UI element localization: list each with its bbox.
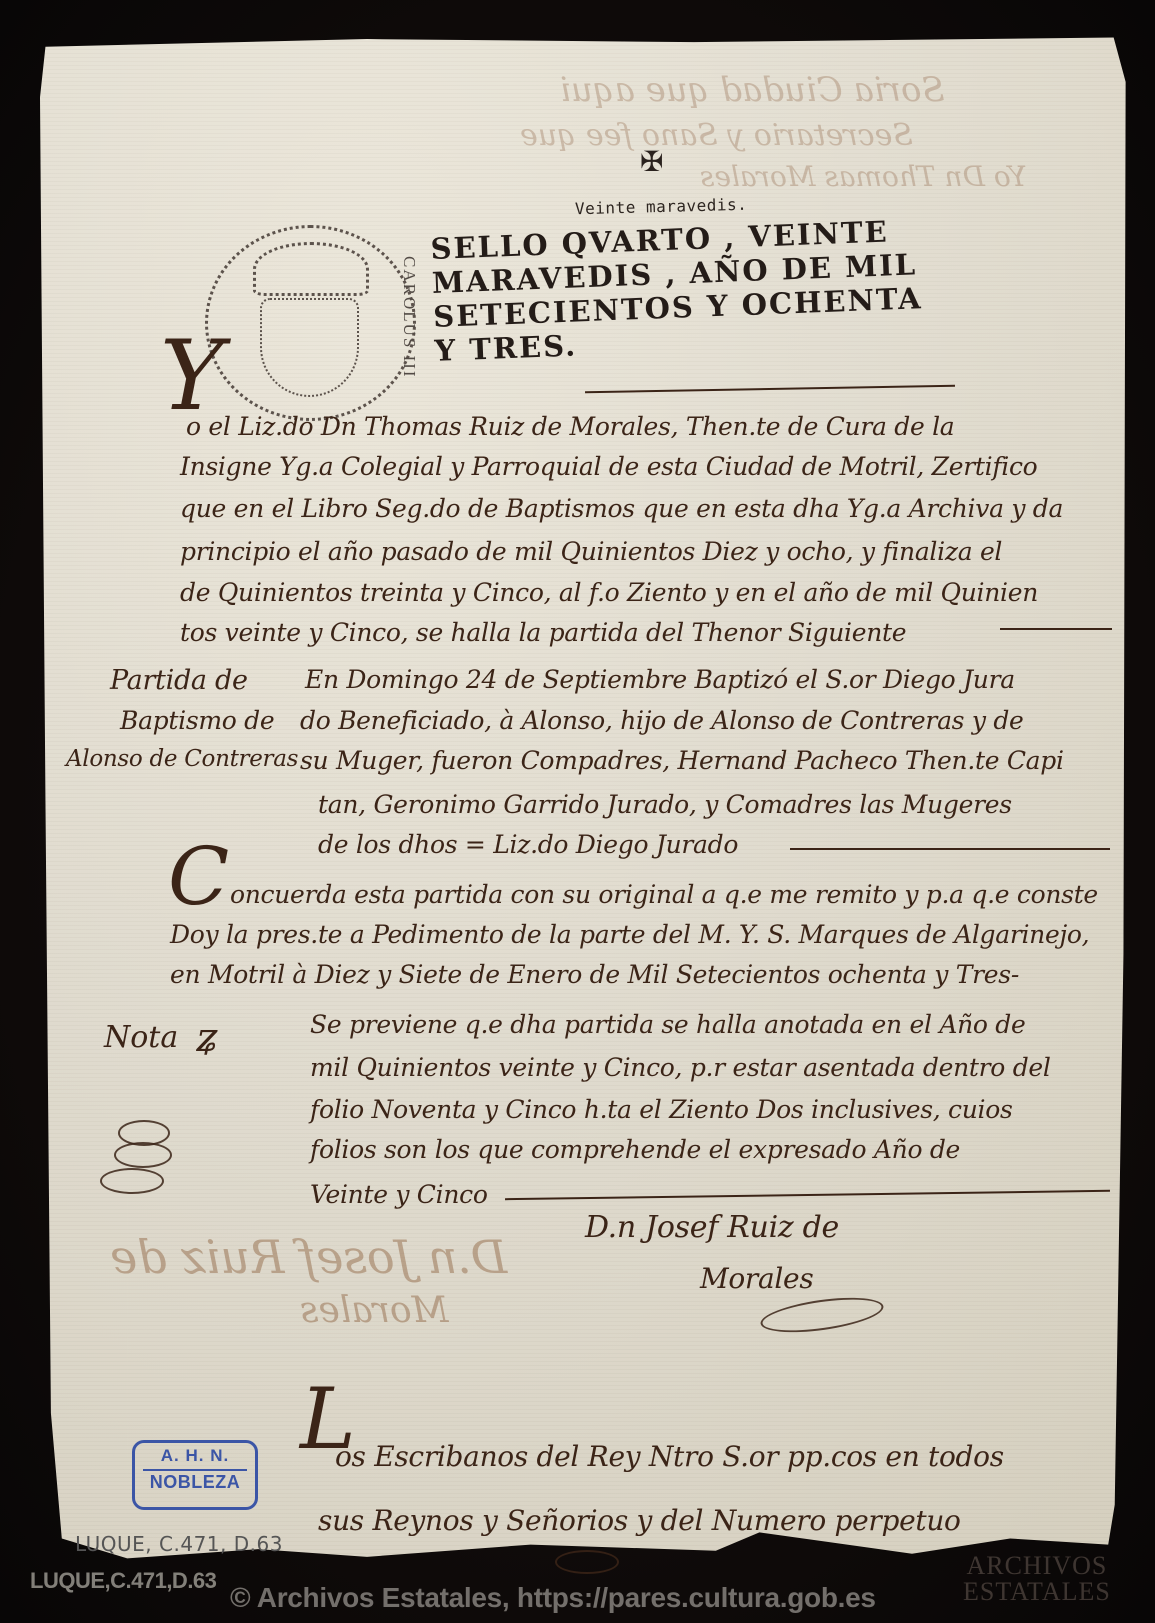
signature-line: D.n Josef Ruiz de <box>585 1210 839 1245</box>
archivos-estatales-logo: ARCHIVOS ESTATALES <box>963 1553 1111 1605</box>
body-line: que en el Libro Seg.do de Baptismos que … <box>180 494 1063 523</box>
margin-label: Baptismo de <box>120 706 274 735</box>
divider-line <box>1000 628 1112 630</box>
bleed-through-text: Soria Ciudad que aqui <box>560 70 945 110</box>
bleed-through-text: D.n Josef Ruiz de <box>110 1230 507 1284</box>
body-line: o el Liz.do Dn Thomas Ruiz de Morales, T… <box>186 412 954 441</box>
royal-seal-stamp: CAROLUS III <box>205 225 416 421</box>
concuerda-line: oncuerda esta partida con su original a … <box>230 880 1098 909</box>
partida-line: tan, Geronimo Garrido Jurado, y Comadres… <box>318 790 1012 819</box>
stamp-header: SELLO QVARTO , VEINTE MARAVEDIS , AÑO DE… <box>430 213 924 368</box>
watermark-reference: LUQUE,C.471,D.63 <box>30 1568 216 1594</box>
escribanos-line: os Escribanos del Rey Ntro S.or pp.cos e… <box>335 1440 1004 1473</box>
seal-legend: CAROLUS III <box>399 256 419 379</box>
coat-of-arms-icon <box>260 298 359 397</box>
partida-line: do Beneficiado, à Alonso, hijo de Alonso… <box>300 706 1024 735</box>
watermark-copyright: © Archivos Estatales, https://pares.cult… <box>230 1582 876 1614</box>
crown-icon <box>253 242 369 296</box>
concuerda-line: Doy la pres.te a Pedimento de la parte d… <box>170 920 1089 949</box>
rubric-flourish-icon <box>555 1550 619 1574</box>
bleed-through-text: Morales <box>300 1290 449 1331</box>
signature-line: Morales <box>700 1262 813 1295</box>
partida-line: En Domingo 24 de Septiembre Baptizó el S… <box>305 665 1015 694</box>
nota-line: folios son los que comprehende el expres… <box>310 1135 960 1164</box>
archive-stamp-divider <box>143 1469 247 1471</box>
bleed-through-text: Secretario y Sano fee que <box>520 118 913 153</box>
rubric-flourish-icon <box>100 1168 164 1194</box>
rubric-flourish-icon <box>114 1142 172 1168</box>
body-line: principio el año pasado de mil Quiniento… <box>180 537 1002 566</box>
margin-flourish: ʑ <box>196 1015 218 1061</box>
margin-label: Partida de <box>110 665 248 696</box>
nota-line: mil Quinientos veinte y Cinco, p.r estar… <box>310 1053 1051 1082</box>
partida-line: de los dhos = Liz.do Diego Jurado <box>318 830 738 859</box>
nota-line: Se previene q.e dha partida se halla ano… <box>310 1010 1026 1039</box>
body-line: de Quinientos treinta y Cinco, al f.o Zi… <box>180 578 1038 607</box>
archive-stamp-line1: A. H. N. <box>135 1446 255 1466</box>
initial-letter: C <box>168 830 229 923</box>
body-line: tos veinte y Cinco, se halla la partida … <box>180 618 906 647</box>
concuerda-line: en Motril à Diez y Siete de Enero de Mil… <box>170 960 1019 989</box>
nota-line: folio Noventa y Cinco h.ta el Ziento Dos… <box>310 1095 1013 1124</box>
body-line: Insigne Yg.a Colegial y Parroquial de es… <box>180 452 1037 481</box>
archive-stamp-line2: NOBLEZA <box>135 1472 255 1493</box>
bleed-through-text: Yo Dn Thomas Morales <box>700 160 1027 193</box>
pencil-reference: LUQUE, C.471, D.63 <box>75 1532 283 1556</box>
margin-note-label: Nota <box>104 1020 178 1055</box>
logo-line: ESTATALES <box>963 1579 1111 1605</box>
divider-line <box>790 848 1110 850</box>
cross-icon: ✠ <box>640 145 663 179</box>
partida-line: su Muger, fueron Compadres, Hernand Pach… <box>300 746 1064 775</box>
margin-label: Alonso de Contreras <box>66 746 298 772</box>
nota-line: Veinte y Cinco <box>310 1180 488 1209</box>
logo-line: ARCHIVOS <box>963 1553 1111 1579</box>
escribanos-line: sus Reynos y Señorios y del Numero perpe… <box>318 1504 961 1537</box>
archive-stamp-ahn-nobleza: A. H. N. NOBLEZA <box>132 1440 258 1510</box>
